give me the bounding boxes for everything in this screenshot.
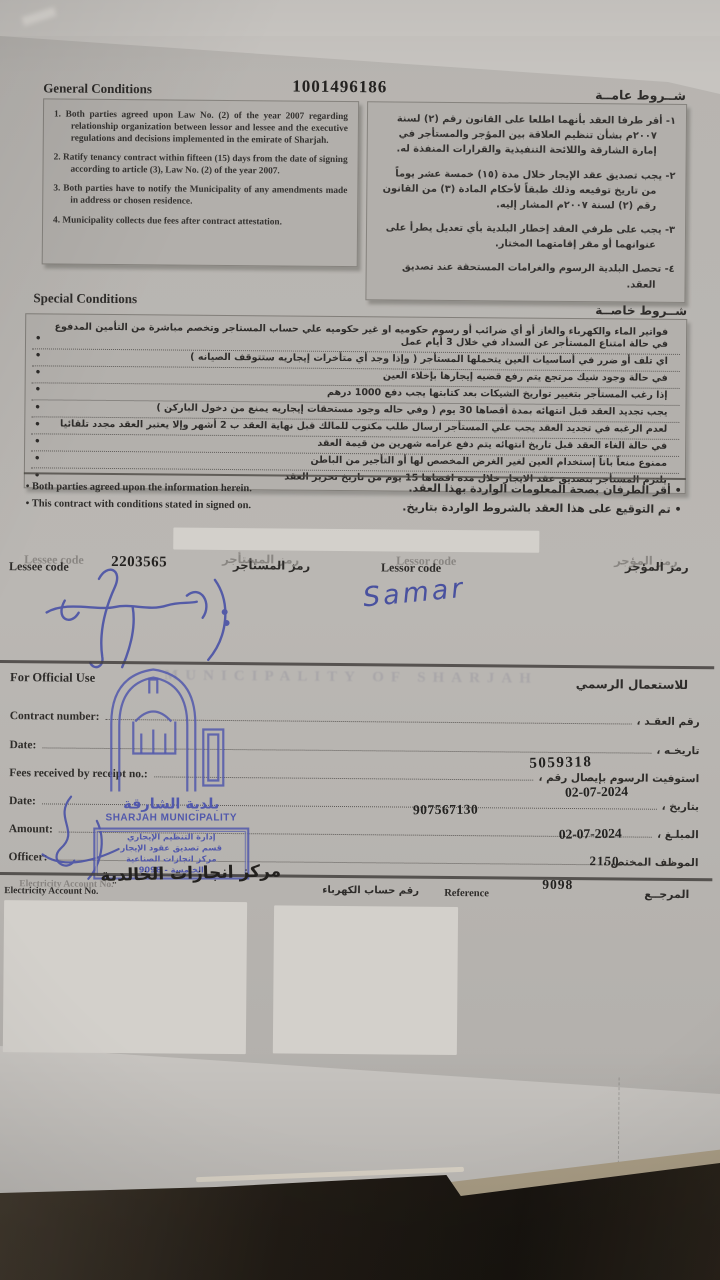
general-condition-en-item: 3. Both parties have to notify the Munic… <box>53 183 347 210</box>
receipt-number-stamp: 5059318 <box>529 754 592 773</box>
paper-crease <box>618 1077 621 1173</box>
agreement-line-en: This contract with conditions stated in … <box>26 498 252 511</box>
contract-page: General Conditions 1001496186 شــروط عام… <box>0 0 720 1280</box>
general-condition-en-item: 4. Municipality collects due fees after … <box>53 214 347 229</box>
agreement-line-en: Both parties agreed upon the information… <box>26 481 252 494</box>
stamp-municipality-name-en: SHARJAH MUNICIPALITY <box>87 813 255 824</box>
amount-value: 907567130 <box>413 802 478 819</box>
officer-date-value: 02-07-2024 <box>559 826 622 843</box>
municipality-stamp-arch-icon <box>87 660 255 792</box>
row-label-ar: تاريخـه ، <box>656 745 699 757</box>
municipality-stamp: بلدية الشارقة SHARJAH MUNICIPALITY إدارة… <box>87 660 255 880</box>
row-label-en: Date: <box>9 795 36 807</box>
general-condition-ar-item: ٤- تحصل البلدية الرسوم والغرامات المستحق… <box>376 260 674 293</box>
lessor-code-label: Lessor code <box>381 560 441 576</box>
general-condition-ar-item: ١- أقر طرفا العقد بأنهما اطلعا على القان… <box>378 111 676 159</box>
general-condition-en-item: 2. Ratify tenancy contract within fiftee… <box>53 152 347 179</box>
blank-white-panel <box>273 905 458 1055</box>
lessee-signature <box>36 560 247 672</box>
contract-number-header: 1001496186 <box>292 77 387 98</box>
official-use-title-en: For Official Use <box>10 670 95 686</box>
stamp-municipality-name-ar: بلدية الشارقة <box>87 797 255 813</box>
stamp-dept-line: إدارة التنظيم الإيجاري <box>97 832 245 843</box>
general-condition-ar-item: ٢- يجب تصديق عقد الإيجار خلال مدة (١٥) خ… <box>377 166 675 214</box>
special-conditions-title-ar: شــروط خاصــة <box>595 303 687 318</box>
official-use-title-ar: للاستعمال الرسمي <box>576 677 688 692</box>
general-conditions-box-ar: ١- أقر طرفا العقد بأنهما اطلعا على القان… <box>365 101 687 303</box>
lessor-code-label-ar: رمز المؤجر <box>625 559 689 574</box>
general-condition-ar-item: ٣- يجب على طرفي العقد إخطار البلدية بأي … <box>377 220 675 253</box>
electricity-account-label-en: Electricity Account No. <box>4 886 98 897</box>
blank-white-panel <box>3 900 247 1054</box>
general-conditions-title-en: General Conditions <box>43 80 152 97</box>
reference-label-ar: المرجــع <box>644 888 689 901</box>
special-conditions-title-en: Special Conditions <box>33 290 137 307</box>
date-value: 02-07-2024 <box>565 784 628 801</box>
row-label-ar: بتاريخ ، <box>662 801 699 813</box>
reference-label-en: Reference <box>444 888 489 899</box>
general-conditions-title-ar: شــروط عامــة <box>595 87 686 103</box>
agreement-line-ar: أقر الطرفان بصحة المعلومات الواردة بهذا … <box>408 482 682 497</box>
blank-white-bar <box>173 528 539 553</box>
khalidiya-center-stamp: مركز انجازات الخالدية <box>100 861 281 886</box>
row-label-ar: المبلـغ ، <box>657 829 699 841</box>
general-condition-en-item: 1. Both parties agreed upon Law No. (2) … <box>54 108 348 147</box>
electricity-account-label-ar: رقم حساب الكهرباء <box>322 885 419 897</box>
photo-of-tenancy-contract: { "document": { "header": { "title_en": … <box>0 0 720 1280</box>
lessor-signature-name: Samar <box>362 573 467 614</box>
agreement-line-ar: تم التوقيع على هذا العقد بالشروط الواردة… <box>402 501 681 516</box>
row-label-en: Date: <box>9 739 36 751</box>
officer-number-value: 2150 <box>589 853 619 869</box>
row-label-en: Contract number: <box>10 710 100 723</box>
general-conditions-box-en: 1. Both parties agreed upon Law No. (2) … <box>42 98 359 267</box>
row-label-ar: رقم العقـد ، <box>637 716 700 729</box>
special-conditions-box: فواتير الماء والكهرباء والغاز أو أي ضرائ… <box>24 313 688 494</box>
stamp-dept-line: قسم تصديق عقود الإيجار <box>97 843 245 854</box>
reference-value: 9098 <box>542 877 573 893</box>
